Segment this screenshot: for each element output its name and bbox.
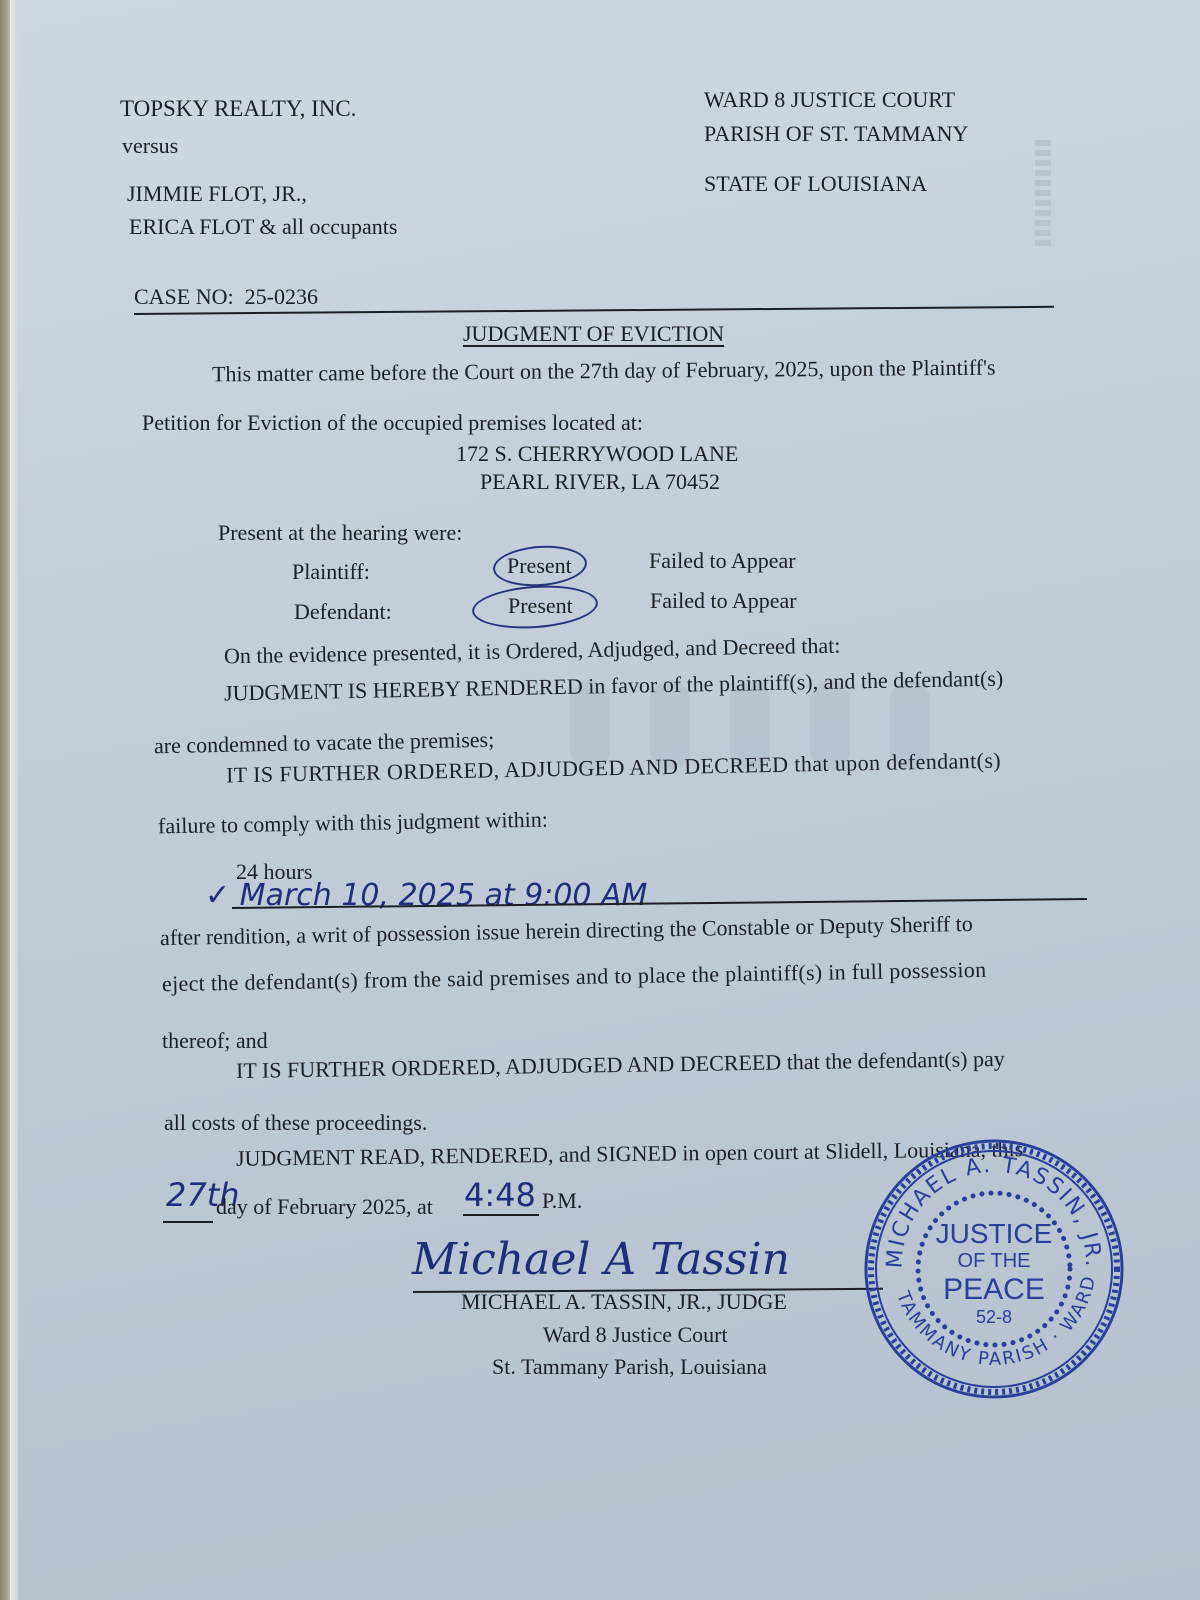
case-no-label-text: CASE NO: xyxy=(134,284,234,309)
document-title: JUDGMENT OF EVICTION xyxy=(463,323,724,345)
intro-line-2: Petition for Eviction of the occupied pr… xyxy=(142,412,643,434)
defendant-failed-option[interactable]: Failed to Appear xyxy=(650,590,797,612)
defendant-label: Defendant: xyxy=(294,601,392,623)
address-line-1: 172 S. CHERRYWOOD LANE xyxy=(456,443,738,465)
stamp-of-the: OF THE xyxy=(958,1250,1031,1272)
signed-line-2: day of February 2025, at xyxy=(216,1196,433,1218)
writ-line-3: thereof; and xyxy=(162,1030,268,1052)
court-parish: PARISH OF ST. TAMMANY xyxy=(704,123,968,145)
case-number-label: CASE NO: 25-0236 xyxy=(134,286,318,308)
judge-court: Ward 8 Justice Court xyxy=(543,1324,728,1346)
judge-name: MICHAEL A. TASSIN, JR., JUDGE xyxy=(461,1291,787,1313)
plaintiff-name: TOPSKY REALTY, INC. xyxy=(120,97,356,120)
stamp-peace: PEACE xyxy=(943,1273,1045,1306)
stamp-justice: JUSTICE xyxy=(936,1218,1053,1249)
judge-parish: St. Tammany Parish, Louisiana xyxy=(492,1356,767,1378)
plaintiff-label: Plaintiff: xyxy=(292,561,370,583)
bleed-through-text xyxy=(1035,140,1051,250)
present-heading: Present at the hearing were: xyxy=(218,522,462,544)
justice-of-the-peace-seal: MICHAEL A. TASSIN, JR. ST. TAMMANY PARIS… xyxy=(858,1133,1130,1405)
day-rule xyxy=(163,1221,213,1223)
stamp-number: 52-8 xyxy=(976,1307,1012,1327)
address-line-2: PEARL RIVER, LA 70452 xyxy=(480,471,720,493)
versus-label: versus xyxy=(122,135,178,157)
court-name: WARD 8 JUSTICE COURT xyxy=(704,89,955,111)
defendant-name-1: JIMMIE FLOT, JR., xyxy=(127,183,307,205)
signed-pm: P.M. xyxy=(542,1190,582,1212)
handwritten-time: 4:48 xyxy=(464,1176,536,1214)
judge-signature: Michael A Tassin xyxy=(412,1234,790,1285)
case-number: 25-0236 xyxy=(245,284,318,309)
plaintiff-failed-option[interactable]: Failed to Appear xyxy=(649,550,796,572)
defendant-name-2: ERICA FLOT & all occupants xyxy=(129,216,397,238)
time-rule xyxy=(463,1214,539,1216)
court-state: STATE OF LOUISIANA xyxy=(704,173,927,195)
further-order-2-line-2: all costs of these proceedings. xyxy=(164,1112,427,1134)
